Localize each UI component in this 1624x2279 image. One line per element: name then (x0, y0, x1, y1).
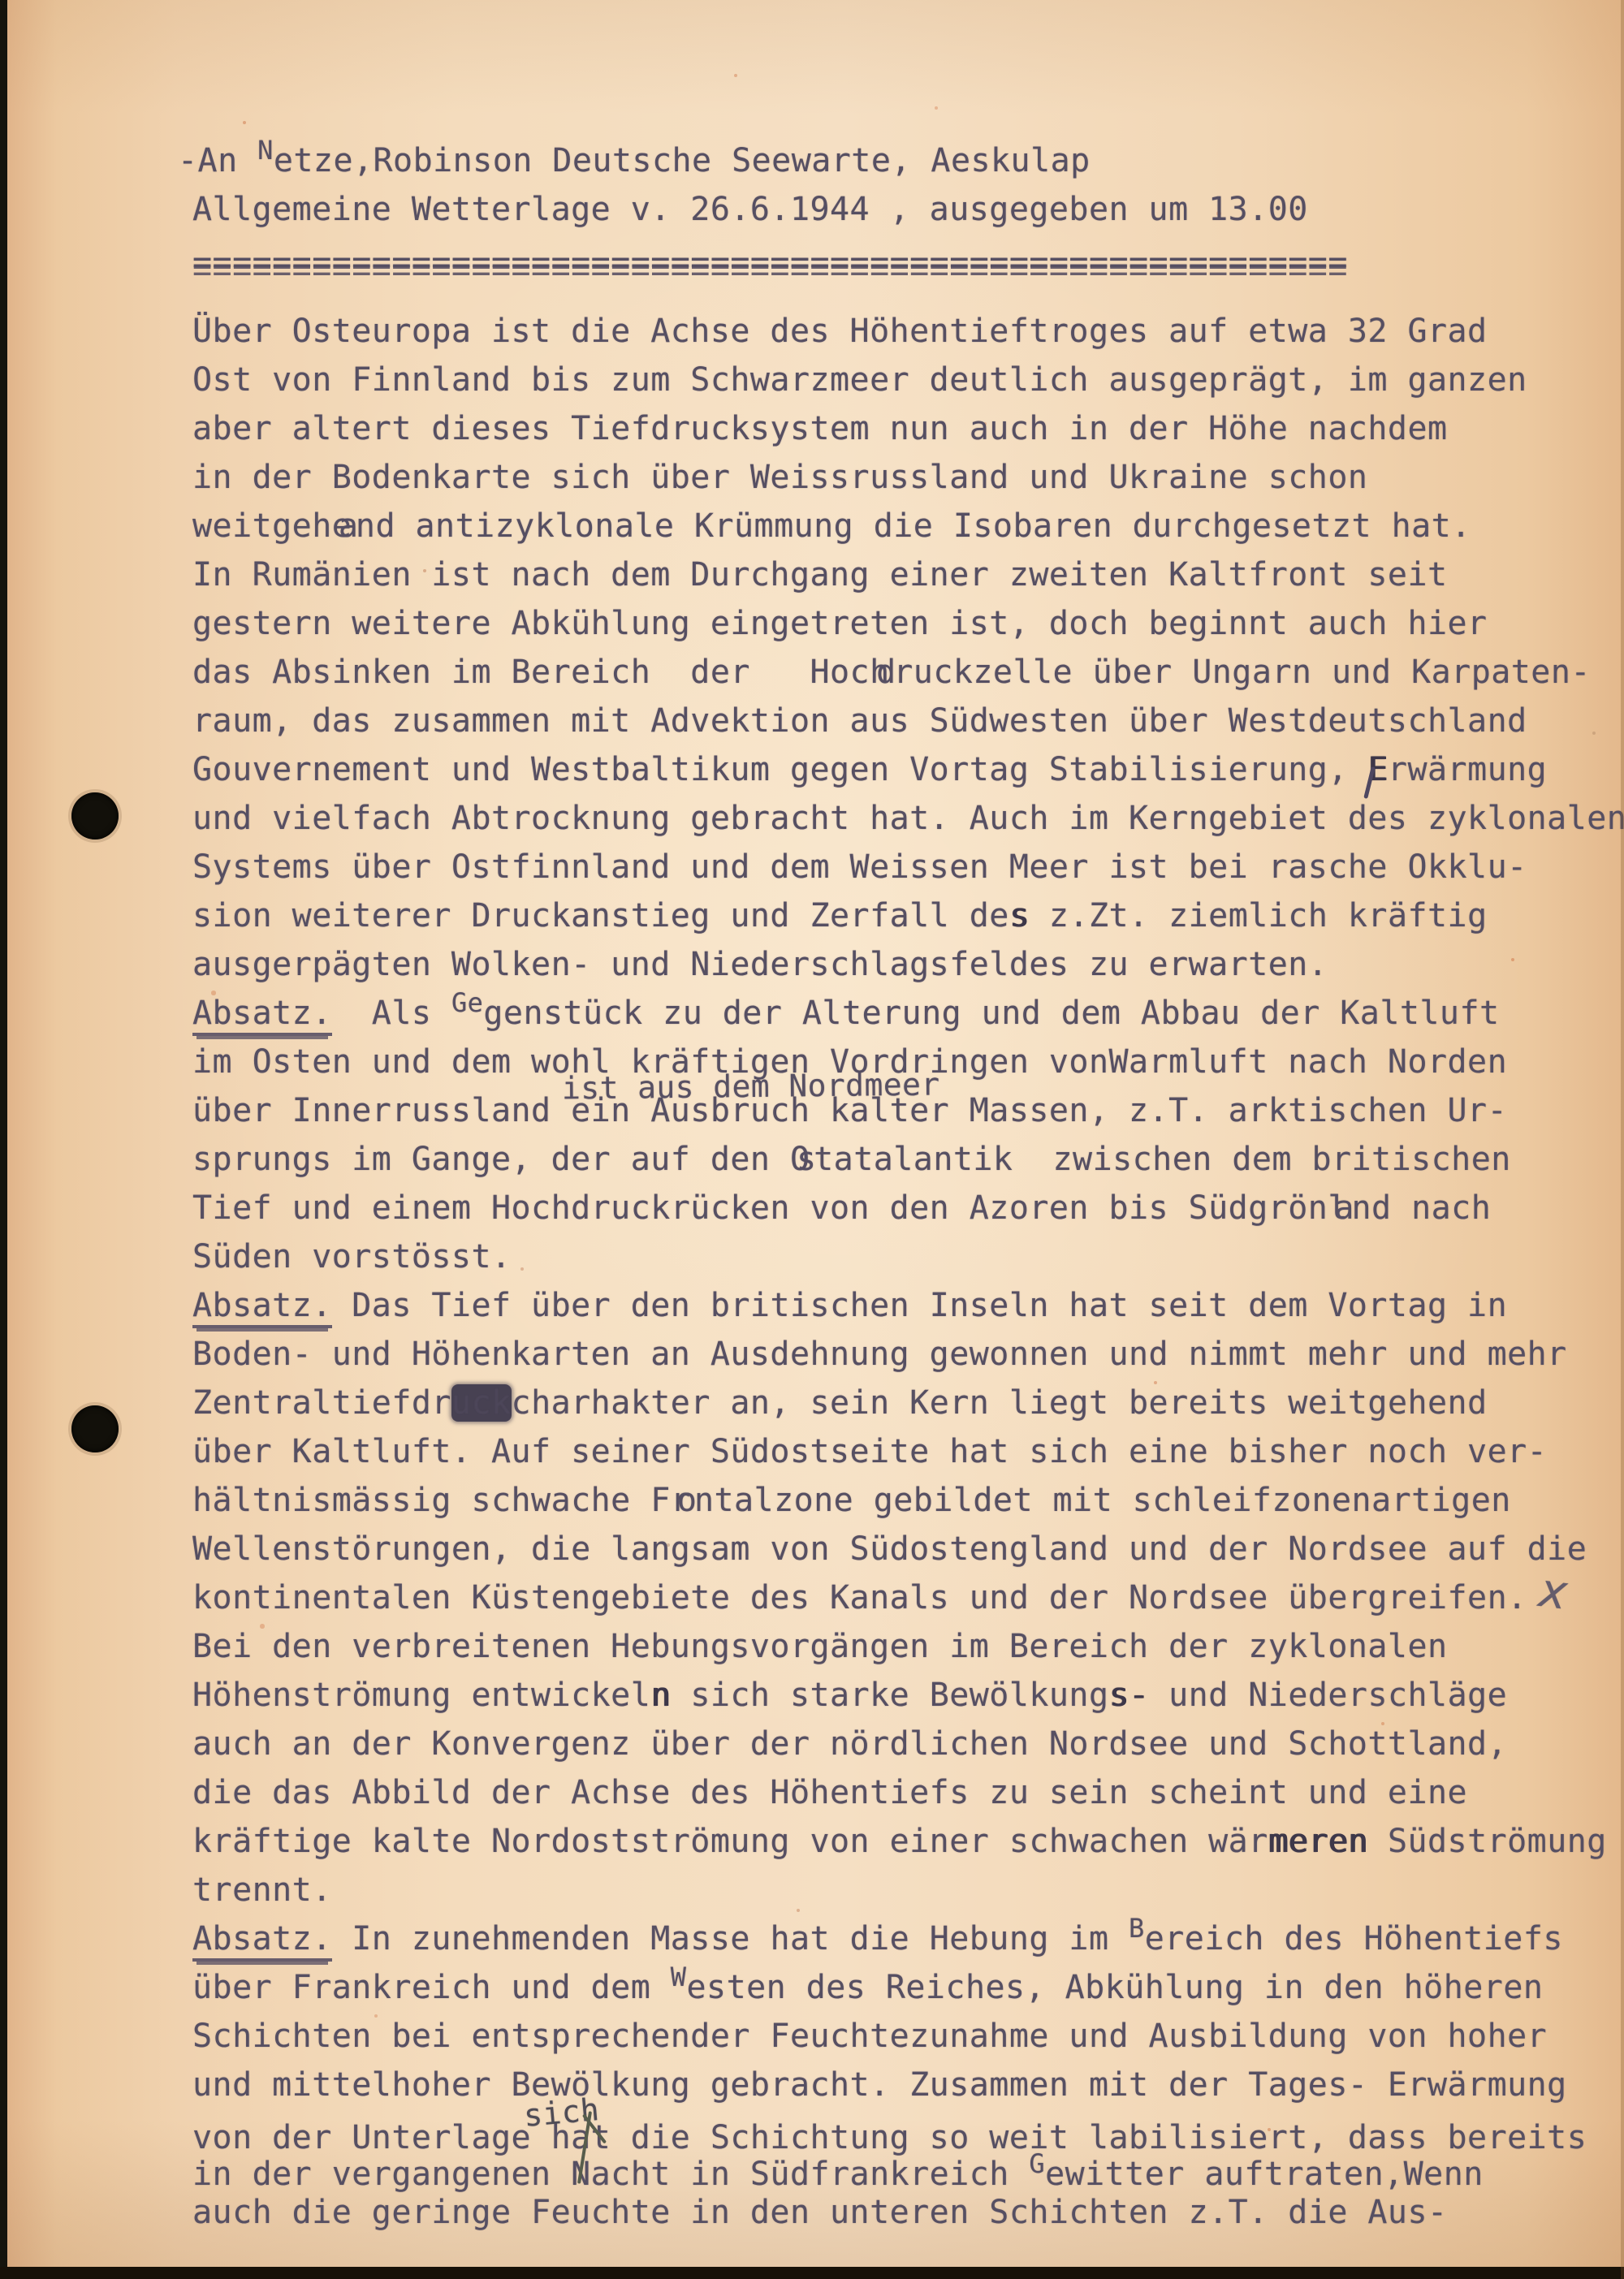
doc-line: Süden vorstösst. (192, 1238, 1624, 1287)
doc-line: Ost von Finnland bis zum Schwarzmeer deu… (192, 361, 1624, 410)
doc-line: Systems über Ostfinnland und dem Weissen… (192, 848, 1624, 897)
doc-line: raum, das zusammen mit Advektion aus Süd… (192, 702, 1624, 751)
doc-line: gestern weitere Abkühlung eingetreten is… (192, 605, 1624, 654)
insertion-caret-mark (564, 2109, 615, 2187)
doc-line: Schichten bei entsprechender Feuchtezuna… (192, 2018, 1624, 2066)
doc-line: trennt. (192, 1871, 1624, 1920)
title-line: Allgemeine Wetterlage v. 26.6.1944 , aus… (192, 191, 1624, 244)
doc-line: das Absinken im Bereich der Hochdruckzel… (192, 654, 1624, 702)
doc-line: Gouvernement und Westbaltikum gegen Vort… (192, 751, 1624, 800)
doc-line: über Frankreich und dem Westen des Reich… (192, 1969, 1624, 2018)
doc-line: In Rumänien ist nach dem Durchgang einer… (192, 556, 1624, 605)
absatz-3: Absatz. In zunehmenden Masse hat die Heb… (192, 1920, 1624, 1969)
doc-line: sprungs im Gange, der auf den Ostatalant… (192, 1141, 1624, 1189)
separator-line: ========================================… (192, 244, 1624, 313)
interline-insertion-nordmeer: ist aus dem Nordmeer (562, 1067, 940, 1107)
doc-line: und mittelhoher Bewölkung gebracht. Zusa… (192, 2066, 1624, 2119)
scan-edge-bottom (0, 2267, 1624, 2279)
doc-line: Tief und einem Hochdruckrücken von den A… (192, 1189, 1624, 1238)
doc-line: hältnismässig schwache Frontalzone gebil… (192, 1482, 1624, 1530)
doc-line: die das Abbild der Achse des Höhentiefs … (192, 1774, 1624, 1823)
doc-line: Bei den verbreitenen Hebungsvorgängen im… (192, 1628, 1624, 1677)
doc-line: in der Bodenkarte sich über Weissrusslan… (192, 459, 1624, 507)
doc-line: auch an der Konvergenz über der nördlich… (192, 1725, 1624, 1774)
absatz-2: Absatz. Das Tief über den britischen Ins… (192, 1287, 1624, 1336)
doc-line: sion weiterer Druckanstieg und Zerfall d… (192, 897, 1624, 946)
punch-hole-top (71, 792, 119, 840)
doc-line: auch die geringe Feuchte in den unteren … (192, 2194, 1624, 2242)
doc-line: Zentraltiefdruckcharhakter an, sein Kern… (192, 1384, 1624, 1433)
doc-line: Über Osteuropa ist die Achse des Höhenti… (192, 313, 1624, 361)
doc-line: über Kaltluft. Auf seiner Südostseite ha… (192, 1433, 1624, 1482)
address-line: -An Netze,Robinson Deutsche Seewarte, Ae… (178, 142, 1624, 191)
doc-line: von der Unterlage hat die Schichtung so … (192, 2119, 1624, 2156)
doc-line: weitgeheand antizyklonale Krümmung die I… (192, 507, 1624, 556)
doc-line: in der vergangenen Nacht in Südfrankreic… (192, 2156, 1624, 2194)
doc-line: kontinentalen Küstengebiete des Kanals u… (192, 1579, 1624, 1628)
doc-line: Höhenströmung entwickeln sich starke Bew… (192, 1677, 1624, 1725)
doc-line: kräftige kalte Nordostströmung von einer… (192, 1823, 1624, 1871)
scan-edge-left (0, 0, 7, 2279)
doc-line: aber altert dieses Tiefdrucksystem nun a… (192, 410, 1624, 459)
doc-lines: -An Netze,Robinson Deutsche Seewarte, Ae… (192, 142, 1624, 2242)
punch-hole-bottom (71, 1405, 119, 1452)
doc-line: ausgerpägten Wolken- und Niederschlagsfe… (192, 946, 1624, 995)
doc-line: Boden- und Höhenkarten an Ausdehnung gew… (192, 1336, 1624, 1384)
absatz-1: Absatz. Als Gegenstück zu der Alterung u… (192, 995, 1624, 1043)
scanned-document-page: -An Netze,Robinson Deutsche Seewarte, Ae… (0, 0, 1624, 2279)
doc-line: und vielfach Abtrocknung gebracht hat. A… (192, 800, 1624, 848)
scan-edge-right (1621, 0, 1624, 2279)
doc-line: Wellenstörungen, die langsam von Südoste… (192, 1530, 1624, 1579)
